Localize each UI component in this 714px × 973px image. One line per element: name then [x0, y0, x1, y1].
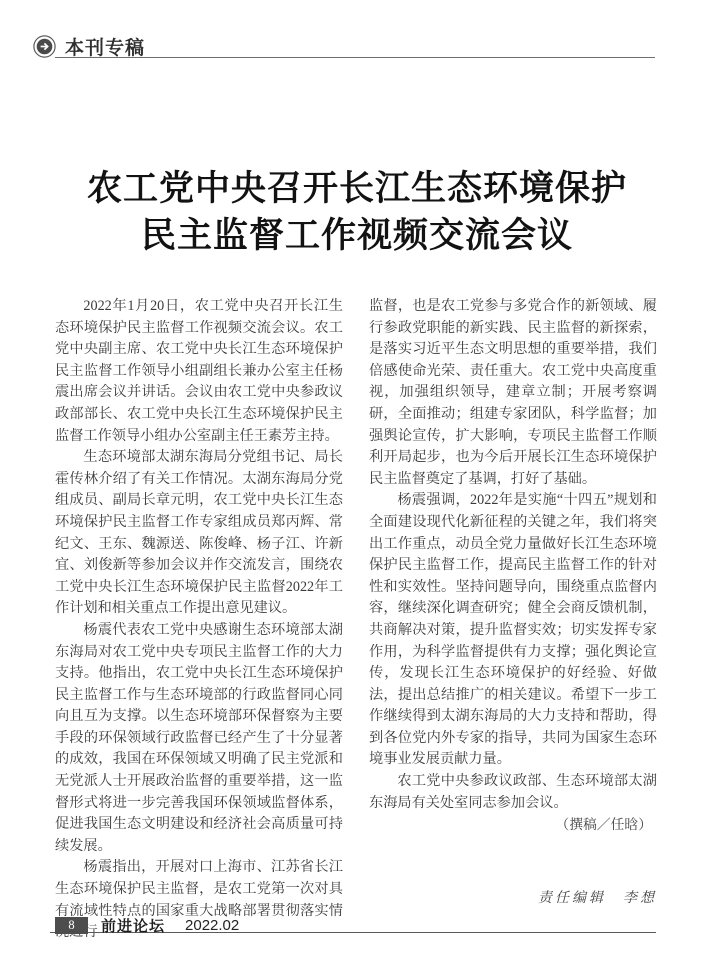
article-title-line2: 民主监督工作视频交流会议 — [0, 212, 714, 259]
right-column: 监督，也是农工党参与多党合作的新领域、履行参政党职能的新实践、民主监督的新探索，… — [369, 296, 657, 944]
page-footer: 8 前进论坛 2022.02 — [55, 915, 239, 936]
paragraph: 杨震代表农工党中央感谢生态环境部太湖东海局对农工党中央专项民主监督工作的大力支持… — [55, 620, 343, 858]
byline: （撰稿／任晗） — [369, 814, 657, 836]
paragraph: 生态环境部太湖东海局分党组书记、局长霍传林介绍了有关工作情况。太湖东海局分党组成… — [55, 447, 343, 620]
header-divider — [55, 57, 655, 58]
paragraph: 杨震强调，2022年是实施“十四五”规划和全面建设现代化新征程的关键之年，我们将… — [369, 490, 657, 771]
arrow-right-circle-icon — [33, 35, 56, 58]
paragraph: 农工党中央参政议政部、生态环境部太湖东海局有关处室同志参加会议。 — [369, 771, 657, 814]
paragraph: 2022年1月20日，农工党中央召开长江生态环境保护民主监督工作视频交流会议。农… — [55, 296, 343, 447]
page-number-badge: 8 — [55, 917, 88, 934]
journal-name: 前进论坛 — [101, 915, 165, 936]
paragraph-continuation: 监督，也是农工党参与多党合作的新领域、履行参政党职能的新实践、民主监督的新探索，… — [369, 296, 657, 490]
editor-credit: 责任编辑 李想 — [369, 888, 657, 910]
article-body: 2022年1月20日，农工党中央召开长江生态环境保护民主监督工作视频交流会议。农… — [55, 296, 657, 944]
section-label: 本刊专稿 — [65, 33, 145, 60]
article-title: 农工党中央召开长江生态环境保护 民主监督工作视频交流会议 — [0, 165, 714, 259]
section-header: 本刊专稿 — [33, 33, 145, 60]
article-title-line1: 农工党中央召开长江生态环境保护 — [0, 165, 714, 212]
magazine-page: 本刊专稿 农工党中央召开长江生态环境保护 民主监督工作视频交流会议 2022年1… — [0, 0, 714, 973]
issue-number: 2022.02 — [185, 917, 239, 934]
left-column: 2022年1月20日，农工党中央召开长江生态环境保护民主监督工作视频交流会议。农… — [55, 296, 343, 944]
